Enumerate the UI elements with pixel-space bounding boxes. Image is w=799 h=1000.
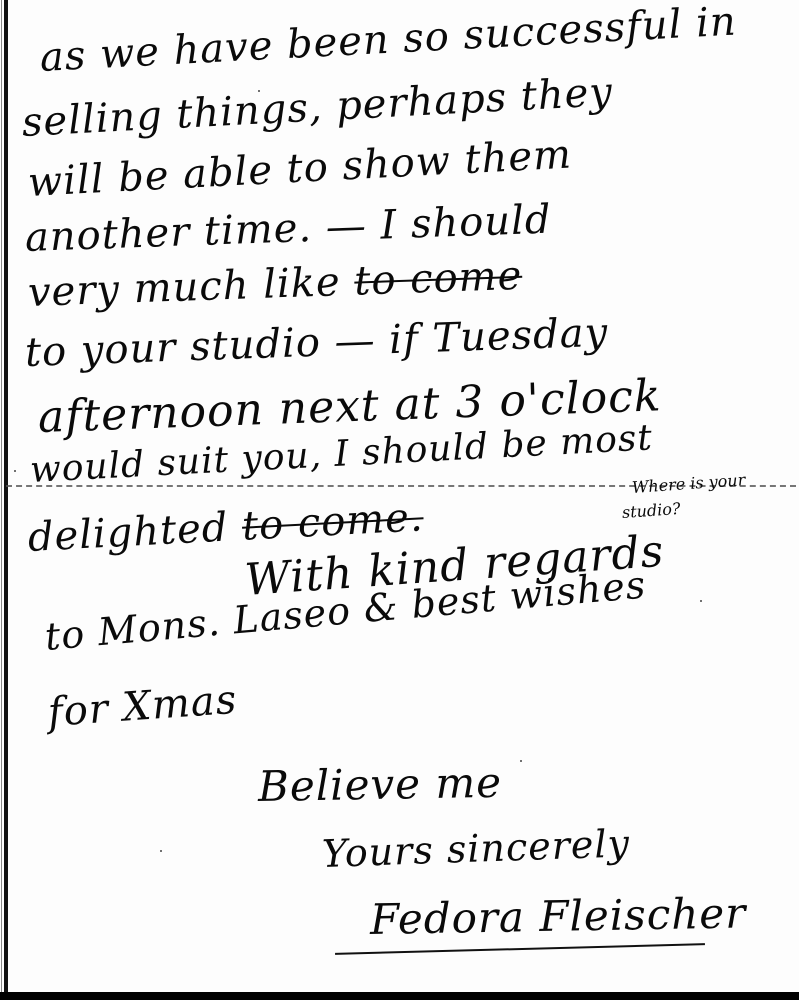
- scan-speck: [700, 600, 702, 602]
- letter-line-3: will be able to show them: [27, 132, 573, 206]
- scan-speck: [160, 850, 162, 852]
- closing-believe-me: Believe me: [258, 758, 503, 811]
- letter-line-12: for Xmas: [46, 677, 238, 736]
- struck-through-text: to come: [353, 253, 522, 305]
- scan-speck: [14, 470, 16, 472]
- left-page-border: [4, 0, 8, 992]
- letter-line-9-text: delighted: [27, 505, 230, 561]
- scan-speck: [258, 90, 260, 92]
- letter-line-6: to your studio — if Tuesday: [24, 310, 609, 376]
- letter-line-5: very much like to come: [27, 253, 523, 316]
- signature: Fedora Fleischer: [370, 888, 747, 944]
- bottom-scan-border: [0, 992, 799, 1000]
- margin-note-line-2: studio?: [621, 499, 681, 522]
- margin-note-line-1: Where is your: [631, 470, 746, 497]
- letter-line-1: as we have been so successful in: [39, 0, 738, 81]
- scan-edge-line: [1, 0, 2, 992]
- signature-underline: [335, 943, 705, 955]
- letter-page: as we have been so successful in selling…: [0, 0, 799, 1000]
- scan-speck: [520, 760, 522, 762]
- closing-yours-sincerely: Yours sincerely: [321, 821, 630, 876]
- struck-through-text: to come.: [241, 494, 425, 549]
- letter-line-4: another time. — I should: [24, 197, 552, 261]
- letter-line-5-text: very much like: [27, 259, 341, 316]
